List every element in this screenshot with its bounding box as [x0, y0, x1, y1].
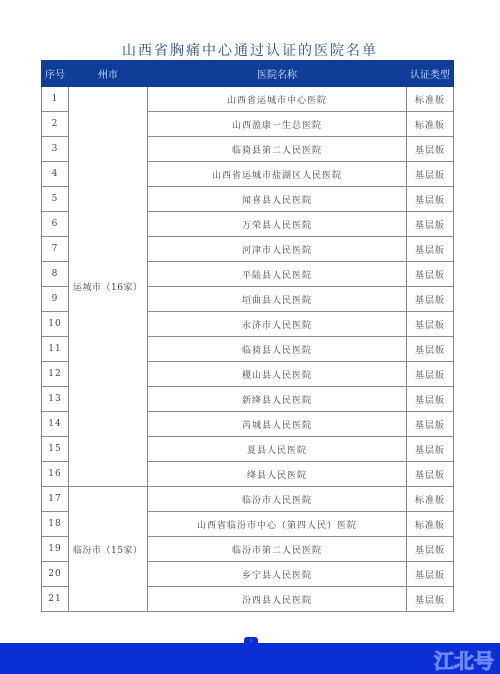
- header-hospital-name: 医院名称: [148, 61, 407, 87]
- row-hospital-name: 山西省运城市盐湖区人民医院: [148, 162, 407, 187]
- row-serial: 8: [42, 262, 69, 287]
- row-serial: 1: [42, 87, 69, 112]
- row-serial: 10: [42, 312, 69, 337]
- row-serial: 16: [42, 462, 69, 487]
- brand-logo: 江北号: [434, 645, 494, 674]
- row-hospital-name: 垣曲县人民医院: [148, 287, 407, 312]
- row-cert-type: 基层版: [407, 562, 454, 587]
- row-serial: 6: [42, 212, 69, 237]
- row-hospital-name: 稷山县人民医院: [148, 362, 407, 387]
- row-hospital-name: 乡宁县人民医院: [148, 562, 407, 587]
- row-hospital-name: 永济市人民医院: [148, 312, 407, 337]
- row-city: 运城市（16家）: [69, 87, 148, 487]
- row-cert-type: 基层版: [407, 262, 454, 287]
- row-hospital-name: 万荣县人民医院: [148, 212, 407, 237]
- row-serial: 17: [42, 487, 69, 512]
- row-cert-type: 基层版: [407, 537, 454, 562]
- row-cert-type: 基层版: [407, 212, 454, 237]
- row-cert-type: 基层版: [407, 312, 454, 337]
- row-serial: 12: [42, 362, 69, 387]
- row-serial: 3: [42, 137, 69, 162]
- row-hospital-name: 山西省临汾市中心（第四人民）医院: [148, 512, 407, 537]
- row-hospital-name: 山西省运城市中心医院: [148, 87, 407, 112]
- row-hospital-name: 闻喜县人民医院: [148, 187, 407, 212]
- row-hospital-name: 绛县人民医院: [148, 462, 407, 487]
- row-hospital-name: 临汾市人民医院: [148, 487, 407, 512]
- row-cert-type: 基层版: [407, 362, 454, 387]
- row-cert-type: 基层版: [407, 587, 454, 612]
- row-hospital-name: 临汾市第二人民医院: [148, 537, 407, 562]
- row-cert-type: 基层版: [407, 162, 454, 187]
- row-hospital-name: 新绛县人民医院: [148, 387, 407, 412]
- row-serial: 14: [42, 412, 69, 437]
- row-serial: 7: [42, 237, 69, 262]
- document-title: 山西省胸痛中心通过认证的医院名单: [0, 40, 500, 60]
- row-hospital-name: 河津市人民医院: [148, 237, 407, 262]
- row-cert-type: 基层版: [407, 137, 454, 162]
- row-hospital-name: 山西盈康一生总医院: [148, 112, 407, 137]
- row-serial: 13: [42, 387, 69, 412]
- row-serial: 2: [42, 112, 69, 137]
- row-cert-type: 标准版: [407, 87, 454, 112]
- row-cert-type: 基层版: [407, 237, 454, 262]
- row-hospital-name: 临猗县第二人民医院: [148, 137, 407, 162]
- table-row: 1运城市（16家）山西省运城市中心医院标准版: [42, 87, 454, 112]
- row-serial: 19: [42, 537, 69, 562]
- row-serial: 9: [42, 287, 69, 312]
- row-serial: 11: [42, 337, 69, 362]
- row-serial: 5: [42, 187, 69, 212]
- row-hospital-name: 临猗县人民医院: [148, 337, 407, 362]
- row-cert-type: 基层版: [407, 412, 454, 437]
- row-serial: 20: [42, 562, 69, 587]
- row-cert-type: 基层版: [407, 337, 454, 362]
- row-cert-type: 基层版: [407, 387, 454, 412]
- row-cert-type: 基层版: [407, 187, 454, 212]
- header-serial: 序号: [42, 61, 69, 87]
- row-cert-type: 标准版: [407, 112, 454, 137]
- row-cert-type: 标准版: [407, 512, 454, 537]
- row-hospital-name: 芮城县人民医院: [148, 412, 407, 437]
- header-cert-type: 认证类型: [407, 61, 454, 87]
- row-cert-type: 基层版: [407, 462, 454, 487]
- row-cert-type: 基层版: [407, 437, 454, 462]
- row-serial: 4: [42, 162, 69, 187]
- table-header-row: 序号 州市 医院名称 认证类型: [42, 61, 454, 87]
- row-cert-type: 基层版: [407, 287, 454, 312]
- row-city: 临汾市（15家）: [69, 487, 148, 612]
- hospital-table: 序号 州市 医院名称 认证类型 1运城市（16家）山西省运城市中心医院标准版2山…: [41, 60, 454, 612]
- header-city: 州市: [69, 61, 148, 87]
- row-hospital-name: 平陆县人民医院: [148, 262, 407, 287]
- row-serial: 21: [42, 587, 69, 612]
- row-serial: 18: [42, 512, 69, 537]
- row-serial: 15: [42, 437, 69, 462]
- row-cert-type: 标准版: [407, 487, 454, 512]
- table-row: 17临汾市（15家）临汾市人民医院标准版: [42, 487, 454, 512]
- table-body: 1运城市（16家）山西省运城市中心医院标准版2山西盈康一生总医院标准版3临猗县第…: [42, 87, 454, 612]
- row-hospital-name: 汾西县人民医院: [148, 587, 407, 612]
- row-hospital-name: 夏县人民医院: [148, 437, 407, 462]
- footer-bar: [0, 643, 500, 674]
